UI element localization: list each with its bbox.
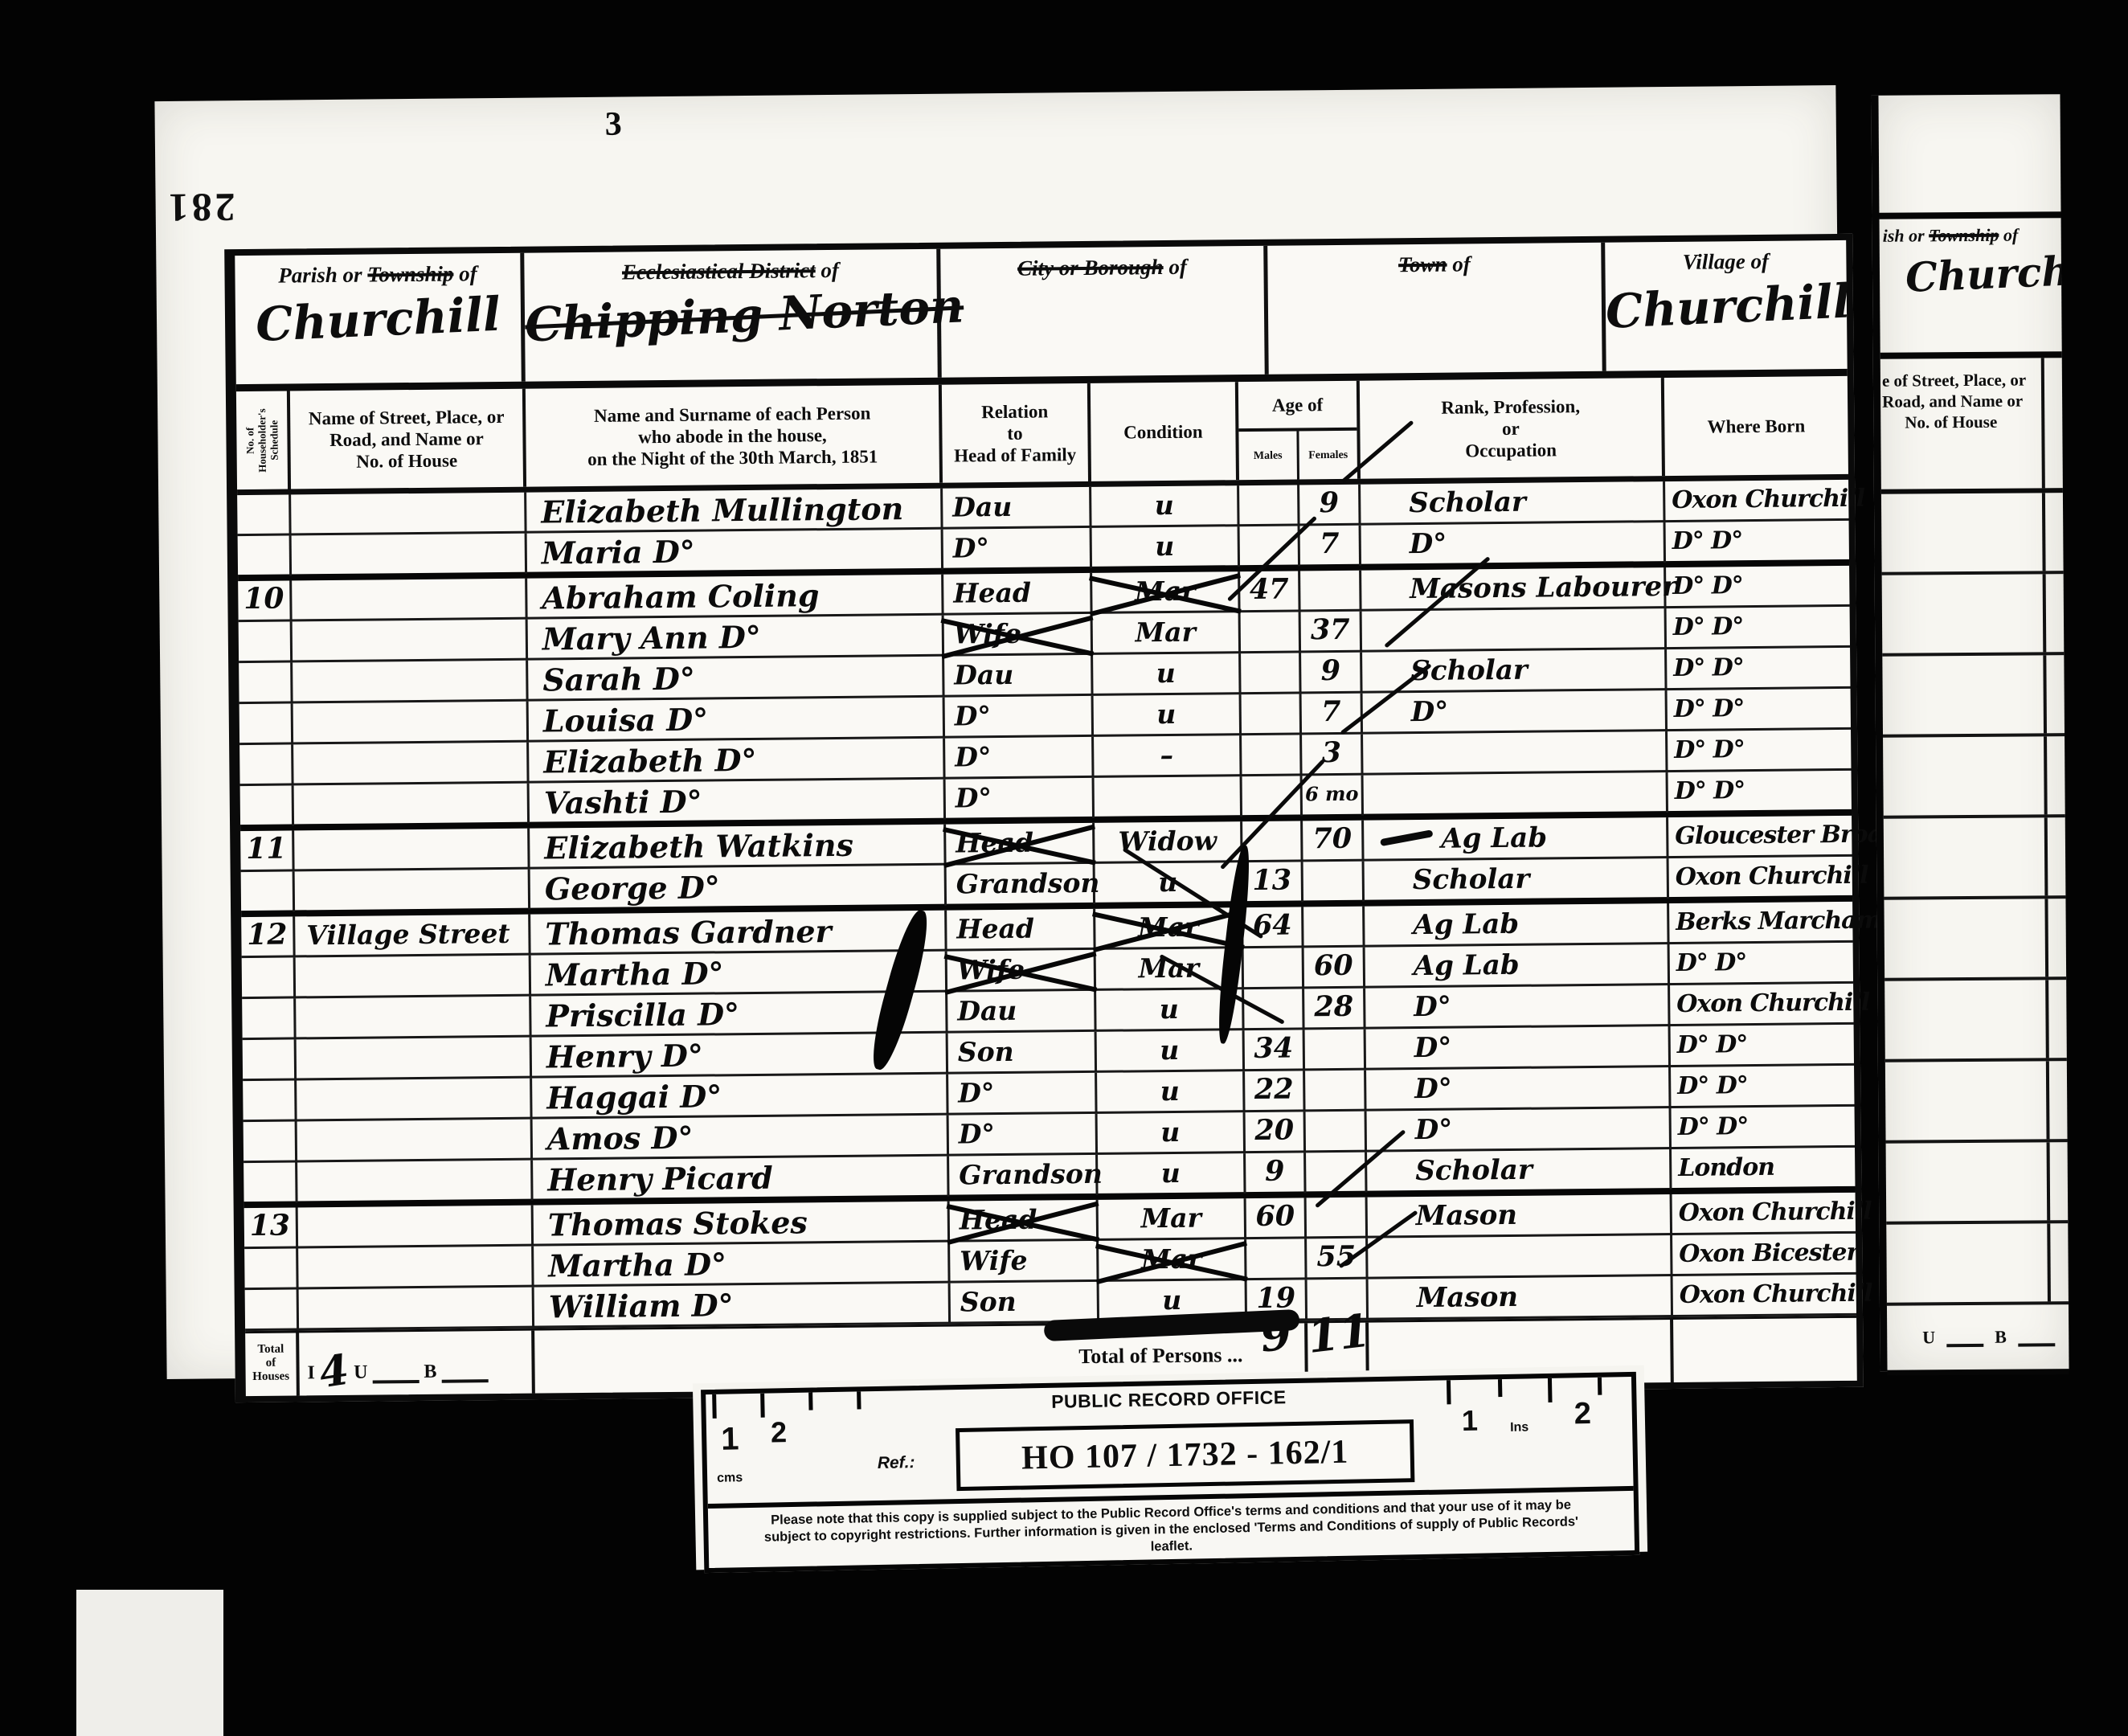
cell-age-male: 34: [1245, 1030, 1305, 1071]
cell-age-male: [1242, 821, 1303, 862]
cell-condition: u: [1098, 1112, 1246, 1154]
cell-schedule-number: [243, 1080, 297, 1121]
cell-occupation: D°: [1363, 690, 1668, 734]
sliver-margin: [1878, 94, 2060, 213]
city-borough-label: City or Borough of: [940, 254, 1263, 282]
cell-relation: Son: [951, 1282, 1099, 1324]
cell-street: [298, 1206, 534, 1248]
cell-age-female: 9: [1301, 653, 1362, 694]
cell-schedule-number: [243, 1162, 297, 1203]
cell-relation: Wife: [947, 950, 1096, 992]
cell-relation: D°: [949, 1114, 1098, 1156]
city-borough-cell: City or Borough of: [940, 246, 1269, 378]
cell-occupation: [1368, 1235, 1672, 1279]
cell-street: [298, 1247, 534, 1289]
cell-occupation: [1364, 772, 1668, 816]
sliver-row: [1886, 1223, 2069, 1306]
inhabited-label: I: [307, 1362, 315, 1384]
cell-condition: u: [1091, 485, 1239, 527]
cell-name: William D°: [534, 1284, 951, 1328]
col-street: Name of Street, Place, orRoad, and Name …: [290, 389, 526, 489]
cell-where-born: D° D°: [1672, 1107, 1855, 1148]
pro-reference-strip: PUBLIC RECORD OFFICE 1 cms 2 Ref.: HO 10…: [693, 1365, 1647, 1570]
cell-age-female: 37: [1301, 612, 1362, 653]
cell-where-born: Oxon Churchill: [1673, 1275, 1856, 1316]
town-label: Town of: [1267, 251, 1601, 279]
ruler-tick: [857, 1391, 861, 1409]
sliver-row: [1881, 493, 2064, 575]
cell-name: Sarah D°: [528, 657, 944, 701]
sliver-street-header: e of Street, Place, orRoad, and Name orN…: [1880, 358, 2063, 494]
cell-condition: u: [1092, 526, 1240, 568]
cell-relation: Dau: [947, 991, 1096, 1033]
cell-relation: D°: [948, 1073, 1097, 1115]
sliver-row: [1884, 899, 2066, 981]
cell-occupation: Ag Lab: [1365, 903, 1669, 947]
cell-schedule-number: [240, 785, 294, 826]
cell-relation: Wife: [950, 1241, 1099, 1283]
cell-relation: Head: [947, 909, 1095, 951]
cell-occupation: Mason: [1369, 1276, 1673, 1320]
cell-relation: Son: [948, 1032, 1097, 1074]
cell-age-female: 3: [1302, 735, 1363, 776]
cell-occupation: D°: [1361, 522, 1666, 566]
in-2: 2: [1573, 1397, 1591, 1431]
cell-age-male: [1242, 735, 1302, 776]
cell-name: Elizabeth D°: [529, 739, 945, 783]
cell-age-female: [1305, 1030, 1366, 1071]
in-1: 1: [1462, 1404, 1479, 1438]
cell-relation: Head: [943, 573, 1092, 615]
cell-condition: Widow: [1095, 821, 1242, 863]
cell-condition: Mar: [1099, 1239, 1246, 1281]
cell-schedule-number: 11: [240, 830, 294, 871]
cell-where-born: Oxon Churchill: [1670, 984, 1853, 1026]
pro-title: PUBLIC RECORD OFFICE: [706, 1380, 1631, 1419]
houses-tally: I 4 U B: [299, 1331, 535, 1396]
cell-where-born: Oxon Churchill: [1672, 1193, 1856, 1234]
totals-blank-born: [1673, 1318, 1857, 1382]
sliver-row: [1883, 736, 2065, 819]
building-blank: [441, 1363, 488, 1383]
ruler-tick: [808, 1393, 812, 1410]
ecclesiastical-district-value: Chipping Norton: [524, 280, 939, 353]
ruler-tick: [712, 1394, 717, 1419]
cell-schedule-number: [245, 1289, 299, 1330]
cell-condition: u: [1097, 1071, 1245, 1113]
total-houses-label: TotalofHouses: [245, 1333, 300, 1396]
ins-unit: Ins: [1510, 1420, 1528, 1435]
cell-condition: u: [1093, 653, 1241, 695]
sliver-totals: U B: [1887, 1304, 2069, 1376]
cell-name: Elizabeth Watkins: [530, 825, 946, 869]
cell-condition: Mar: [1092, 571, 1240, 613]
sliver-parish-value: Churchi: [1905, 248, 2062, 301]
cell-condition: u: [1098, 1153, 1246, 1195]
folio-number: 281: [165, 184, 235, 231]
cell-relation: Grandson: [947, 864, 1095, 906]
cell-age-male: 64: [1243, 907, 1303, 948]
cell-schedule-number: [237, 494, 291, 535]
cell-street: [292, 534, 527, 576]
adjacent-page-edge: ish or Township of Churchi e of Street, …: [1871, 94, 2069, 1372]
cell-street: [297, 1120, 533, 1162]
cell-relation: Head: [950, 1200, 1099, 1242]
cell-where-born: D° D°: [1671, 1025, 1854, 1067]
cell-age-female: [1303, 862, 1365, 903]
cell-where-born: D° D°: [1668, 730, 1851, 772]
cell-where-born: Oxon Churchill: [1665, 480, 1848, 522]
cell-where-born: London: [1672, 1148, 1855, 1189]
cell-age-female: 70: [1303, 821, 1364, 862]
cell-schedule-number: [243, 1039, 297, 1080]
location-header-band: Parish or Township of Churchill Ecclesia…: [235, 240, 1848, 391]
parish-value: Churchill: [235, 286, 522, 354]
inhabited-count: 4: [318, 1357, 350, 1386]
cell-occupation: Scholar: [1365, 858, 1669, 902]
cell-age-male: [1246, 1239, 1307, 1279]
cell-condition: u: [1094, 694, 1242, 736]
cell-street: [293, 702, 529, 744]
sliver-row: [1886, 1142, 2069, 1225]
cm-1: 1: [721, 1421, 739, 1457]
ref-label: Ref.:: [878, 1453, 915, 1473]
sliver-u-blank: [1946, 1328, 1983, 1347]
cell-where-born: D° D°: [1670, 943, 1853, 985]
cell-age-female: [1303, 907, 1365, 948]
cell-relation: D°: [945, 696, 1094, 738]
cell-age-male: [1241, 612, 1301, 653]
cell-name: Louisa D°: [529, 698, 945, 742]
cell-where-born: Berks Marcham: [1669, 902, 1852, 944]
cms-unit: cms: [717, 1471, 743, 1486]
parish-cell: Parish or Township of Churchill: [235, 253, 526, 384]
ecclesiastical-district-cell: Ecclesiastical District of Chipping Nort…: [524, 249, 942, 382]
cell-name: Abraham Coling: [527, 575, 943, 619]
cell-where-born: D° D°: [1671, 1066, 1854, 1108]
cell-occupation: Masons Labourer: [1361, 567, 1666, 611]
village-label: Village of: [1605, 248, 1846, 276]
cell-age-female: 55: [1307, 1239, 1368, 1279]
pro-box: PUBLIC RECORD OFFICE 1 cms 2 Ref.: HO 10…: [701, 1372, 1639, 1573]
cell-relation: D°: [945, 737, 1094, 779]
cell-relation: Head: [946, 823, 1095, 865]
census-page: 281 3 Parish or Township of Churchill Ec…: [154, 85, 1848, 1379]
cell-age-female: 60: [1304, 948, 1365, 989]
sliver-row: [1882, 655, 2065, 738]
cell-age-female: 7: [1300, 526, 1361, 567]
cell-occupation: D°: [1366, 1026, 1671, 1070]
ruler-tick: [1548, 1378, 1553, 1402]
building-label: B: [424, 1361, 436, 1383]
cell-age-female: [1306, 1112, 1367, 1153]
sliver-parish-label: ish or Township of: [1883, 224, 2061, 247]
cell-age-female: 9: [1299, 485, 1361, 526]
cell-relation: D°: [946, 778, 1095, 820]
sliver-row: [1885, 980, 2067, 1062]
cell-age-female: [1305, 1071, 1366, 1112]
cell-age-male: [1244, 989, 1304, 1030]
cell-street: [294, 829, 530, 871]
cell-age-male: 22: [1245, 1071, 1305, 1112]
cell-where-born: D° D°: [1667, 648, 1850, 690]
cell-name: Henry Picard: [533, 1157, 949, 1201]
cell-age-male: [1244, 948, 1304, 989]
cell-occupation: D°: [1365, 985, 1670, 1029]
cell-name: Martha D°: [534, 1243, 950, 1287]
cell-condition: Mar: [1093, 612, 1241, 654]
ref-value: HO 107 / 1732 - 162/1: [956, 1419, 1414, 1491]
cell-schedule-number: [243, 1121, 297, 1162]
cell-name: Thomas Stokes: [534, 1202, 950, 1246]
sliver-row: [1882, 574, 2065, 657]
village-value: Churchill: [1605, 274, 1848, 339]
cell-age-female: 7: [1302, 694, 1363, 735]
scan-artifact-box: [76, 1590, 223, 1736]
cell-schedule-number: [241, 871, 295, 912]
cell-name: Amos D°: [533, 1116, 949, 1160]
sliver-u-label: U: [1922, 1327, 1935, 1348]
cell-schedule-number: [244, 1248, 298, 1289]
cell-schedule-number: [239, 662, 293, 703]
cell-street: [299, 1288, 534, 1330]
cell-age-female: [1300, 571, 1361, 612]
cell-where-born: Oxon Churchill: [1669, 857, 1852, 899]
pro-notice: Please note that this copy is supplied s…: [708, 1486, 1635, 1568]
census-table: Parish or Township of Churchill Ecclesia…: [224, 234, 1864, 1402]
cell-name: Martha D°: [531, 952, 947, 996]
cell-where-born: D° D°: [1668, 771, 1852, 813]
cell-where-born: Gloucester Broadwell: [1668, 816, 1852, 858]
cell-where-born: Oxon Bicester: [1672, 1234, 1856, 1275]
cell-street: [292, 579, 527, 621]
cell-street: [297, 1161, 533, 1203]
sliver-parish-cell: ish or Township of Churchi: [1879, 211, 2061, 359]
uninhabited-label: U: [354, 1362, 368, 1384]
cell-street: [291, 493, 526, 535]
cell-relation: Grandson: [949, 1155, 1098, 1197]
cell-age-female: 6 mo: [1303, 776, 1364, 817]
cell-street: [297, 1079, 532, 1121]
cell-street: [295, 870, 530, 912]
cell-age-male: 9: [1246, 1153, 1306, 1193]
cm-2: 2: [771, 1415, 788, 1449]
cell-where-born: D° D°: [1667, 607, 1850, 649]
cell-where-born: D° D°: [1666, 521, 1849, 563]
col-age-males: Males: [1238, 431, 1299, 480]
cell-occupation: D°: [1367, 1108, 1672, 1152]
cell-age-female: 28: [1304, 989, 1365, 1030]
page-number: 3: [604, 104, 621, 143]
cell-relation: Dau: [943, 487, 1091, 529]
col-born: Where Born: [1664, 376, 1848, 476]
cell-occupation: Scholar: [1361, 481, 1665, 525]
sliver-b-blank: [2018, 1327, 2055, 1346]
cell-condition: Mar: [1099, 1198, 1246, 1240]
parish-label: Parish or Township of: [235, 261, 520, 289]
col-age-females: Females: [1299, 431, 1357, 480]
col-condition: Condition: [1091, 382, 1239, 481]
cell-street: [296, 956, 531, 998]
cell-age-male: [1239, 485, 1299, 526]
cell-schedule-number: [239, 744, 293, 785]
cell-age-male: 60: [1246, 1198, 1307, 1239]
col-age: Age of MalesFemales: [1238, 381, 1361, 480]
cell-occupation: [1363, 731, 1668, 775]
village-cell: Village of Churchill: [1605, 240, 1848, 371]
cell-street: [293, 661, 528, 703]
cell-schedule-number: 12: [241, 916, 295, 957]
cell-occupation: Ag Lab: [1364, 817, 1668, 861]
cell-street: [294, 784, 530, 826]
uninhabited-blank: [372, 1364, 419, 1384]
cell-schedule-number: [242, 957, 296, 998]
cell-relation: Dau: [944, 655, 1093, 697]
cell-age-male: 13: [1243, 862, 1303, 903]
cell-condition: –: [1094, 735, 1242, 777]
column-header-band: No. of Householder's Schedule Name of St…: [236, 376, 1848, 495]
table-rows: Elizabeth Mullington Dau u 9 Scholar Oxo…: [237, 480, 1856, 1331]
cell-relation: Wife: [944, 614, 1093, 656]
cell-name: George D°: [530, 866, 947, 910]
ruler-tick: [1598, 1378, 1602, 1395]
col-relation: RelationtoHead of Family: [942, 383, 1091, 483]
cell-name: Vashti D°: [530, 780, 946, 824]
cell-name: Haggai D°: [532, 1075, 948, 1119]
cell-where-born: D° D°: [1668, 689, 1851, 731]
ruler-tick: [760, 1394, 765, 1418]
cell-name: Maria D°: [527, 530, 943, 574]
cell-schedule-number: 10: [238, 580, 292, 621]
cell-schedule-number: [239, 703, 293, 744]
town-cell: Town of: [1267, 243, 1606, 375]
cell-street: Village Street: [295, 915, 530, 957]
cell-schedule-number: [239, 621, 293, 662]
col-name: Name and Surname of each Personwho abode…: [526, 385, 943, 487]
cell-age-male: [1242, 694, 1302, 735]
sliver-b-label: B: [1995, 1327, 2007, 1348]
cell-occupation: Scholar: [1362, 649, 1667, 693]
cell-street: [296, 997, 531, 1039]
cell-schedule-number: [238, 535, 292, 576]
cell-name: Mary Ann D°: [528, 616, 944, 660]
cell-street: [297, 1038, 532, 1080]
cell-age-male: 20: [1246, 1112, 1306, 1153]
cell-occupation: Scholar: [1367, 1149, 1672, 1193]
cell-street: [293, 743, 529, 785]
cell-relation: D°: [943, 528, 1092, 570]
cell-occupation: D°: [1366, 1067, 1671, 1111]
cell-where-born: D° D°: [1666, 566, 1849, 608]
cell-name: Elizabeth Mullington: [526, 489, 943, 533]
ruler-tick: [1498, 1379, 1502, 1397]
cell-condition: [1095, 776, 1242, 818]
cell-name: Thomas Gardner: [530, 911, 947, 955]
cell-schedule-number: 13: [244, 1207, 298, 1248]
sliver-row: [1884, 817, 2066, 900]
ink-scribble: [1380, 829, 1434, 846]
ruler-tick: [1447, 1380, 1451, 1404]
cell-age-male: [1241, 653, 1301, 694]
col-schedule: No. of Householder's Schedule: [236, 391, 291, 489]
sliver-row: [1885, 1061, 2068, 1144]
cell-schedule-number: [242, 998, 296, 1039]
cell-street: [293, 620, 528, 662]
cell-occupation: Ag Lab: [1365, 944, 1670, 988]
